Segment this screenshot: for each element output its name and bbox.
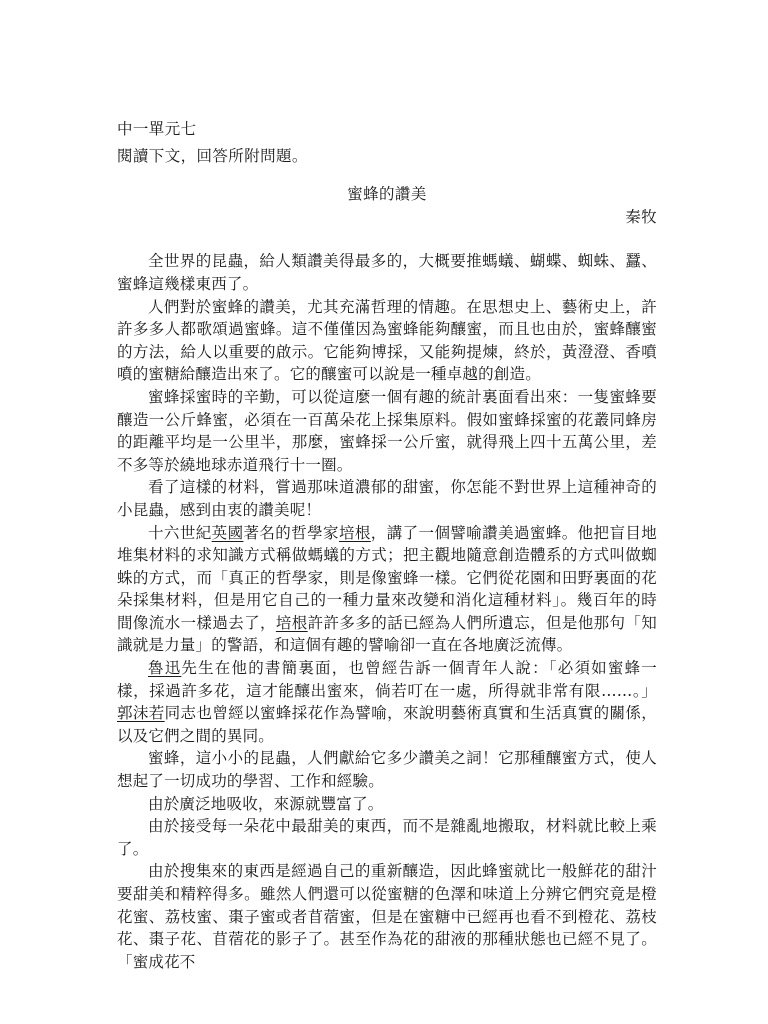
article-paragraph: 魯迅先生在他的書簡裏面，也曾經告訴一個青年人說：「必須如蜜蜂一樣，採過許多花，這… <box>117 657 657 747</box>
article-paragraph: 全世界的昆蟲，給人類讚美得最多的，大概要推螞蟻、蝴蝶、蜘蛛、蠶、蜜蜂這幾樣東西了… <box>117 250 657 295</box>
article-paragraph: 由於搜集來的東西是經過自己的重新釀造，因此蜂蜜就比一般鮮花的甜汁要甜美和精粹得多… <box>117 860 657 973</box>
instruction-text: 閱讀下文，回答所附問題。 <box>117 145 657 168</box>
article-paragraph: 蜜蜂，這小小的昆蟲，人們獻給它多少讚美之詞！它那種釀蜜方式，使人想起了一切成功的… <box>117 747 657 792</box>
unit-label: 中一單元七 <box>117 118 657 141</box>
article-author: 秦牧 <box>117 206 657 229</box>
article-paragraph: 十六世紀英國著名的哲學家培根，講了一個譬喻讚美過蜜蜂。他把盲目地堆集材料的求知識… <box>117 522 657 658</box>
document-page: 中一單元七 閱讀下文，回答所附問題。 蜜蜂的讚美 秦牧 全世界的昆蟲，給人類讚美… <box>117 118 657 973</box>
article-paragraph: 由於接受每一朵花中最甜美的東西，而不是雜亂地搬取，材料就比較上乘了。 <box>117 815 657 860</box>
proper-noun: 魯迅 <box>148 659 181 677</box>
article-title: 蜜蜂的讚美 <box>117 183 657 206</box>
article-body: 全世界的昆蟲，給人類讚美得最多的，大概要推螞蟻、蝴蝶、蜘蛛、蠶、蜜蜂這幾樣東西了… <box>117 250 657 973</box>
proper-noun: 培根 <box>276 614 308 632</box>
article-paragraph: 由於廣泛地吸收，來源就豐富了。 <box>117 793 657 816</box>
article-paragraph: 人們對於蜜蜂的讚美，尤其充滿哲理的情趣。在思想史上、藝術史上，許許多多人都歌頌過… <box>117 296 657 386</box>
article-paragraph: 蜜蜂採蜜時的辛勤，可以從這麼一個有趣的統計裏面看出來：一隻蜜蜂要釀造一公斤蜂蜜，… <box>117 386 657 476</box>
article-paragraph: 看了這樣的材料，嘗過那味道濃郁的甜蜜，你怎能不對世界上這種神奇的小昆蟲，感到由衷… <box>117 476 657 521</box>
proper-noun: 郭沫若 <box>117 704 165 722</box>
proper-noun: 英國 <box>212 524 244 542</box>
proper-noun: 培根 <box>339 524 371 542</box>
